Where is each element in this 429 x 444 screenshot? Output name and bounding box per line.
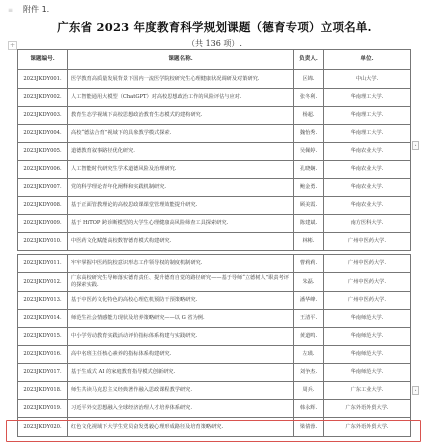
cell-leader: 陈建斌. bbox=[294, 215, 324, 233]
cell-name: 广东高校研究生导师落实德育责任、提升德育自觉的路径研究——基于导师“立德树人”职… bbox=[68, 273, 294, 292]
cell-name: 教育生态学视域下高校思想政治教育生态模式的建构研究. bbox=[68, 107, 294, 125]
cell-leader: 孔晓娴. bbox=[294, 161, 324, 179]
cell-code: 2023JKDY002. bbox=[18, 89, 68, 107]
cell-unit: 华南师范大学. bbox=[324, 346, 411, 364]
cell-leader: 区锦. bbox=[294, 70, 324, 89]
cell-code: 2023JKDY016. bbox=[18, 346, 68, 364]
header-name: 课题名称. bbox=[68, 50, 294, 70]
table-row: 2023JKDY001. 医学教育高质量发展背景下国内一流医学院校研究生心理健康… bbox=[18, 70, 411, 89]
cell-name: 中小学劳动教育实践活动评价指标体系构建与实践研究. bbox=[68, 328, 294, 346]
cell-leader: 吴佩婷. bbox=[294, 143, 324, 161]
cell-unit: 广州中医药大学. bbox=[324, 233, 411, 251]
table-row: 2023JKDY019. 习近平外交思想融入全球经济治理人才培养体系研究. 韩永… bbox=[18, 400, 411, 418]
cell-code: 2023JKDY014. bbox=[18, 310, 68, 328]
cell-unit: 华南农业大学. bbox=[324, 179, 411, 197]
cell-name: 党的科学理论青年化阐释和实践机制研究. bbox=[68, 179, 294, 197]
cell-name: 医学教育高质量发展背景下国内一流医学院校研究生心理健康状况调研及对策研究. bbox=[68, 70, 294, 89]
table-row: 2023JKDY016. 高中名班主任核心素养的指标体系构建研究. 左璜. 华南… bbox=[18, 346, 411, 364]
table-header-row: 课题编号. 课题名称. 负责人. 单位. bbox=[18, 50, 411, 70]
cell-leader: 潘华峰. bbox=[294, 292, 324, 310]
cell-name: 牢牢掌握中医药院校意识形态工作领导权的制度机制研究. bbox=[68, 255, 294, 273]
cell-code: 2023JKDY005. bbox=[18, 143, 68, 161]
cell-code: 2023JKDY012. bbox=[18, 273, 68, 292]
cell-name: 人工智能时代研究生学术道德风险及治理研究. bbox=[68, 161, 294, 179]
cell-unit: 广东外语外贸大学. bbox=[324, 400, 411, 418]
cell-code: 2023JKDY017. bbox=[18, 364, 68, 382]
cell-unit: 华南农业大学. bbox=[324, 143, 411, 161]
cell-name: 习近平外交思想融入全球经济治理人才培养体系研究. bbox=[68, 400, 294, 418]
cell-name: 人工智能通用大模型（ChatGPT）对高校思想政治工作的风险评估与应对. bbox=[68, 89, 294, 107]
table-row: 2023JKDY009. 基于 HiTOP 跨诊断模型的大学生心理健康高风险筛查… bbox=[18, 215, 411, 233]
cell-unit: 广州中医药大学. bbox=[324, 273, 411, 292]
table-row: 2023JKDY005. 道德教育叙事路径优化研究. 吴佩婷. 华南农业大学. bbox=[18, 143, 411, 161]
side-tab-icon[interactable]: • bbox=[412, 386, 419, 395]
row-highlight-box bbox=[6, 420, 421, 442]
cell-leader: 杨超. bbox=[294, 107, 324, 125]
cell-code: 2023JKDY015. bbox=[18, 328, 68, 346]
cell-unit: 华南师范大学. bbox=[324, 310, 411, 328]
cell-unit: 华南理工大学. bbox=[324, 107, 411, 125]
cell-name: 高中名班主任核心素养的指标体系构建研究. bbox=[68, 346, 294, 364]
cell-code: 2023JKDY009. bbox=[18, 215, 68, 233]
cell-leader: 朱磊. bbox=[294, 273, 324, 292]
cell-code: 2023JKDY008. bbox=[18, 197, 68, 215]
side-tab-icon[interactable]: • bbox=[412, 141, 419, 150]
document-subtitle: （共 136 项）. bbox=[0, 38, 429, 49]
cell-code: 2023JKDY013. bbox=[18, 292, 68, 310]
cell-leader: 魏怡秀. bbox=[294, 125, 324, 143]
cell-leader: 张冬利. bbox=[294, 89, 324, 107]
cell-unit: 广东工业大学. bbox=[324, 382, 411, 400]
cell-unit: 华南师范大学. bbox=[324, 364, 411, 382]
header-unit: 单位. bbox=[324, 50, 411, 70]
table-row: 2023JKDY006. 人工智能时代研究生学术道德风险及治理研究. 孔晓娴. … bbox=[18, 161, 411, 179]
cell-leader: 王清平. bbox=[294, 310, 324, 328]
cell-name: 高校“德法合育”视域下的具象教学模式探索. bbox=[68, 125, 294, 143]
table-row: 2023JKDY012. 广东高校研究生导师落实德育责任、提升德育自觉的路径研究… bbox=[18, 273, 411, 292]
table-row: 2023JKDY013. 基于中医药文化特色的高校心理危机预防干预策略研究. 潘… bbox=[18, 292, 411, 310]
table-row: 2023JKDY002. 人工智能通用大模型（ChatGPT）对高校思想政治工作… bbox=[18, 89, 411, 107]
table-row: 2023JKDY017. 基于生成式 AI 的家庭教育指导模式创新研究. 刘争杰… bbox=[18, 364, 411, 382]
header-code: 课题编号. bbox=[18, 50, 68, 70]
table-row: 2023JKDY010. 中医药文化赋能高校数智德育模式构建研究. 林彬. 广州… bbox=[18, 233, 411, 251]
cell-unit: 华南理工大学. bbox=[324, 89, 411, 107]
cell-unit: 华南理工大学. bbox=[324, 125, 411, 143]
document-title: 广东省 2023 年度教育科学规划课题（德育专项）立项名单. bbox=[0, 19, 429, 35]
cell-name: 中医药文化赋能高校数智德育模式构建研究. bbox=[68, 233, 294, 251]
cell-code: 2023JKDY004. bbox=[18, 125, 68, 143]
cell-code: 2023JKDY019. bbox=[18, 400, 68, 418]
table-row: 2023JKDY007. 党的科学理论青年化阐释和实践机制研究. 鲍金勇. 华南… bbox=[18, 179, 411, 197]
cell-name: 道德教育叙事路径优化研究. bbox=[68, 143, 294, 161]
cell-leader: 周兵. bbox=[294, 382, 324, 400]
cell-code: 2023JKDY001. bbox=[18, 70, 68, 89]
cell-name: 基于正面管教理论的高校思政课课堂管理效能提升研究. bbox=[68, 197, 294, 215]
table-row: 2023JKDY003. 教育生态学视域下高校思想政治教育生态模式的建构研究. … bbox=[18, 107, 411, 125]
cell-name: 基于 HiTOP 跨诊断模型的大学生心理健康高风险筛查工具探索研究. bbox=[68, 215, 294, 233]
paragraph-mark-icon: ≡ bbox=[8, 7, 13, 14]
cell-code: 2023JKDY007. bbox=[18, 179, 68, 197]
project-table-part1: 课题编号. 课题名称. 负责人. 单位. 2023JKDY001. 医学教育高质… bbox=[17, 49, 411, 251]
header-leader: 负责人. bbox=[294, 50, 324, 70]
attachment-label: ≡附件 1. bbox=[8, 4, 49, 15]
project-table-part2: 2023JKDY011. 牢牢掌握中医药院校意识形态工作领导权的制度机制研究. … bbox=[17, 254, 411, 437]
cell-unit: 华南师范大学. bbox=[324, 328, 411, 346]
table-row: 2023JKDY015. 中小学劳动教育实践活动评价指标体系构建与实践研究. 黄… bbox=[18, 328, 411, 346]
cell-code: 2023JKDY011. bbox=[18, 255, 68, 273]
table-row: 2023JKDY014. 师范生社会情感能力现状及培养策略研究——以 G 省为例… bbox=[18, 310, 411, 328]
cell-unit: 华南农业大学. bbox=[324, 161, 411, 179]
table-row: 2023JKDY018. 师生共读马克思主义经典著作融入思政课程教学研究. 周兵… bbox=[18, 382, 411, 400]
cell-code: 2023JKDY018. bbox=[18, 382, 68, 400]
cell-name: 基于生成式 AI 的家庭教育指导模式创新研究. bbox=[68, 364, 294, 382]
cell-unit: 广州中医药大学. bbox=[324, 255, 411, 273]
cell-leader: 曹莉莉. bbox=[294, 255, 324, 273]
cell-leader: 刘争杰. bbox=[294, 364, 324, 382]
table-move-handle-icon[interactable]: + bbox=[8, 41, 17, 50]
cell-leader: 顾美霞. bbox=[294, 197, 324, 215]
cell-leader: 黄道鸣. bbox=[294, 328, 324, 346]
cell-name: 基于中医药文化特色的高校心理危机预防干预策略研究. bbox=[68, 292, 294, 310]
attachment-text: 附件 1. bbox=[23, 5, 49, 14]
cell-code: 2023JKDY006. bbox=[18, 161, 68, 179]
table-row: 2023JKDY011. 牢牢掌握中医药院校意识形态工作领导权的制度机制研究. … bbox=[18, 255, 411, 273]
cell-unit: 华南农业大学. bbox=[324, 197, 411, 215]
cell-unit: 广州中医药大学. bbox=[324, 292, 411, 310]
cell-leader: 左璜. bbox=[294, 346, 324, 364]
cell-name: 师生共读马克思主义经典著作融入思政课程教学研究. bbox=[68, 382, 294, 400]
cell-code: 2023JKDY003. bbox=[18, 107, 68, 125]
table-row: 2023JKDY004. 高校“德法合育”视域下的具象教学模式探索. 魏怡秀. … bbox=[18, 125, 411, 143]
table-row: 2023JKDY008. 基于正面管教理论的高校思政课课堂管理效能提升研究. 顾… bbox=[18, 197, 411, 215]
cell-code: 2023JKDY010. bbox=[18, 233, 68, 251]
cell-leader: 韩永辉. bbox=[294, 400, 324, 418]
cell-name: 师范生社会情感能力现状及培养策略研究——以 G 省为例. bbox=[68, 310, 294, 328]
cell-unit: 南方医科大学. bbox=[324, 215, 411, 233]
cell-unit: 中山大学. bbox=[324, 70, 411, 89]
cell-leader: 林彬. bbox=[294, 233, 324, 251]
cell-leader: 鲍金勇. bbox=[294, 179, 324, 197]
